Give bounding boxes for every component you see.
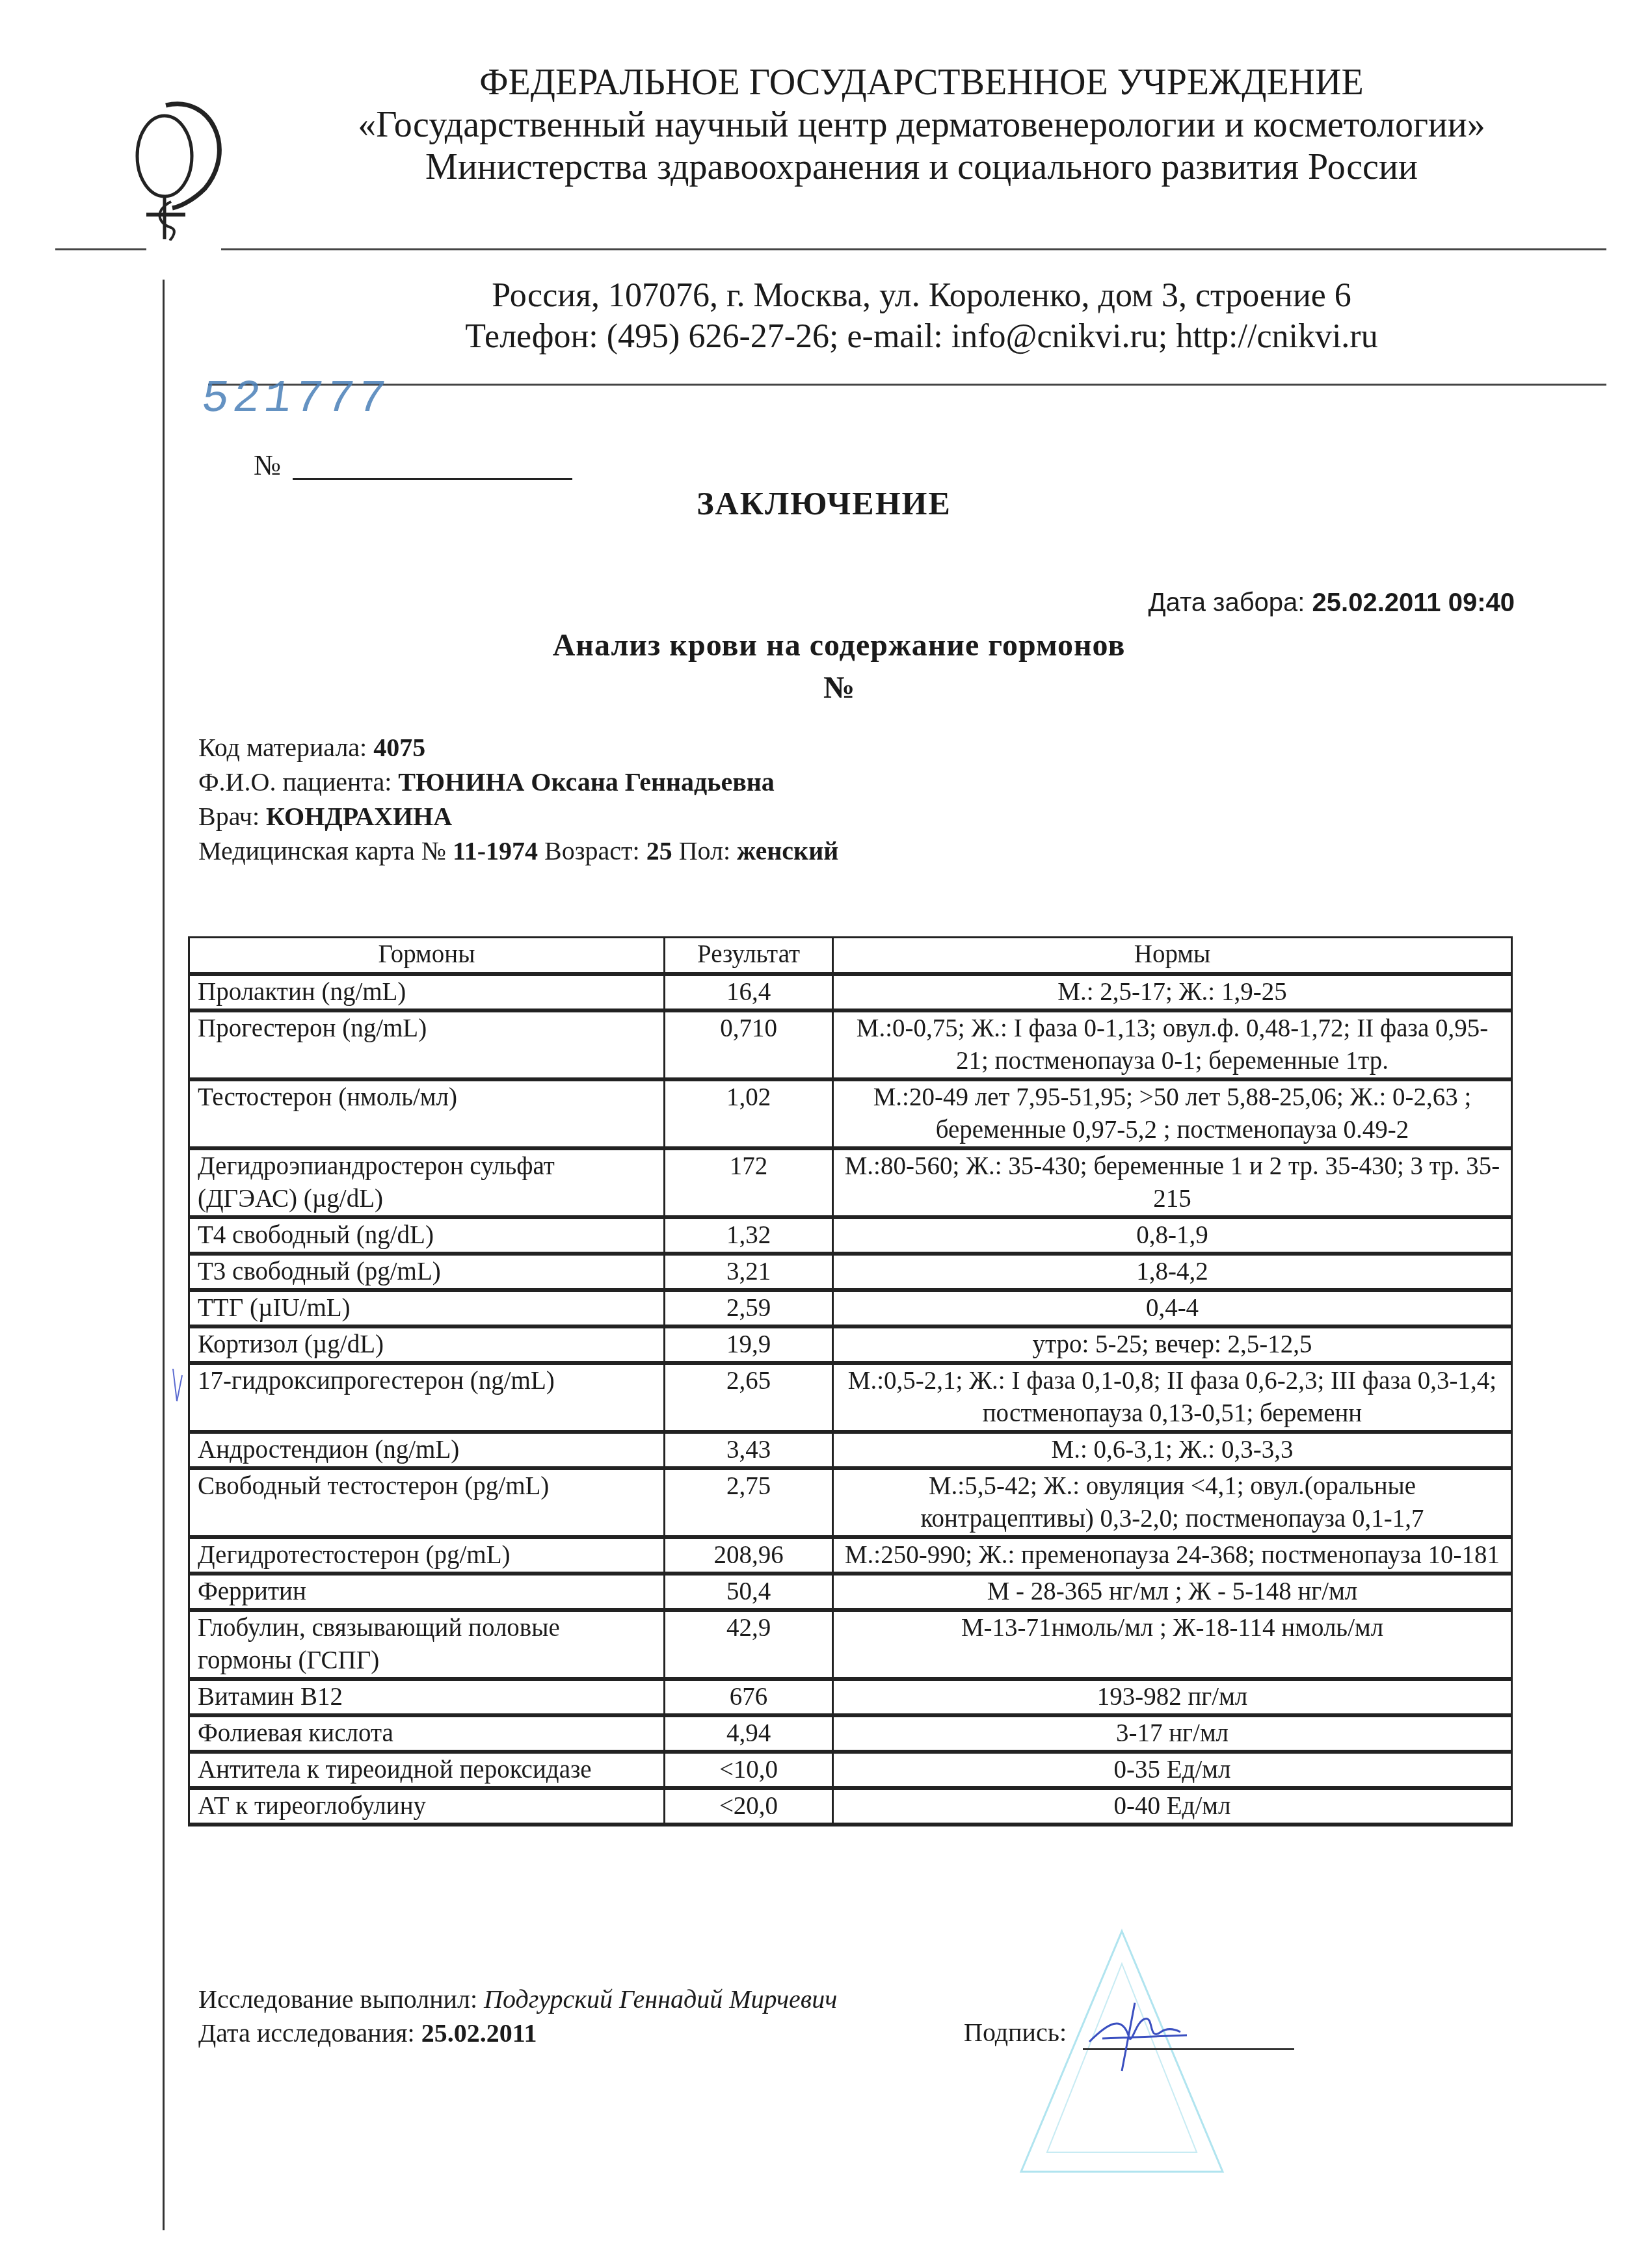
collection-date: Дата забора: 25.02.2011 09:40 bbox=[1148, 588, 1515, 618]
table-row: ТТГ (µIU/mL)2,590,4-4 bbox=[189, 1290, 1512, 1326]
table-row: Свободный тестостерон (pg/mL)2,75М.:5,5-… bbox=[189, 1468, 1512, 1537]
result-value: 172 bbox=[665, 1148, 833, 1217]
address-divider bbox=[208, 384, 1606, 386]
org-name: «Государственный научный центр дерматове… bbox=[98, 104, 1648, 146]
result-value: 208,96 bbox=[665, 1537, 833, 1574]
hormone-name: Фолиевая кислота bbox=[189, 1715, 665, 1752]
hormone-name: Тестостерон (нмоль/мл) bbox=[189, 1079, 665, 1148]
document-title: ЗАКЛЮЧЕНИЕ bbox=[0, 484, 1648, 522]
table-row: АТ к тиреоглобулину<20,00-40 Ед/мл bbox=[189, 1788, 1512, 1825]
collection-date-label: Дата забора: bbox=[1148, 588, 1305, 617]
analysis-title: Анализ крови на содержание гормонов bbox=[0, 627, 1648, 663]
hormone-name: Т3 свободный (pg/mL) bbox=[189, 1254, 665, 1290]
stamp-number: 521777 bbox=[198, 374, 392, 425]
patient-name-value: ТЮНИНА Оксана Геннадьевна bbox=[398, 767, 774, 797]
table-header-row: Гормоны Результат Нормы bbox=[189, 938, 1512, 975]
hormone-name: Витамин В12 bbox=[189, 1679, 665, 1715]
table-row: Т4 свободный (ng/dL)1,320,8-1,9 bbox=[189, 1217, 1512, 1254]
card-age-sex: Медицинская карта № 11-1974 Возраст: 25 … bbox=[198, 835, 838, 867]
result-value: 1,02 bbox=[665, 1079, 833, 1148]
material-code-value: 4075 bbox=[373, 733, 425, 762]
norm-range: М.:5,5-42; Ж.: овуляция <4,1; овул.(орал… bbox=[833, 1468, 1512, 1537]
table-row: Пролактин (ng/mL)16,4М.: 2,5-17; Ж.: 1,9… bbox=[189, 974, 1512, 1010]
table-row: Витамин В12676193-982 пг/мл bbox=[189, 1679, 1512, 1715]
header-hormones: Гормоны bbox=[189, 938, 665, 975]
org-ministry: Министерства здравоохранения и социально… bbox=[98, 146, 1648, 188]
table-body: Пролактин (ng/mL)16,4М.: 2,5-17; Ж.: 1,9… bbox=[189, 974, 1512, 1825]
margin-line bbox=[163, 280, 165, 2230]
result-value: 0,710 bbox=[665, 1010, 833, 1079]
performed-by: Исследование выполнил: Подгурский Геннад… bbox=[198, 1983, 837, 2016]
org-address: Россия, 107076, г. Москва, ул. Короленко… bbox=[98, 276, 1648, 315]
table-row: Ферритин50,4М - 28-365 нг/мл ; Ж - 5-148… bbox=[189, 1574, 1512, 1610]
norm-range: 3-17 нг/мл bbox=[833, 1715, 1512, 1752]
norm-range: М-13-71нмоль/мл ; Ж-18-114 нмоль/мл bbox=[833, 1610, 1512, 1679]
hormone-name: ТТГ (µIU/mL) bbox=[189, 1290, 665, 1326]
header-divider-left bbox=[55, 248, 146, 250]
norm-range: 193-982 пг/мл bbox=[833, 1679, 1512, 1715]
table-row: Андростендион (ng/mL)3,43М.: 0,6-3,1; Ж.… bbox=[189, 1432, 1512, 1468]
result-value: 3,43 bbox=[665, 1432, 833, 1468]
collection-date-value: 25.02.2011 09:40 bbox=[1312, 588, 1515, 617]
doctor: Врач: КОНДРАХИНА bbox=[198, 800, 452, 833]
norm-range: утро: 5-25; вечер: 2,5-12,5 bbox=[833, 1326, 1512, 1363]
hormone-name: Свободный тестостерон (pg/mL) bbox=[189, 1468, 665, 1537]
table-row: 17-гидроксипрогестерон (ng/mL)2,65М.:0,5… bbox=[189, 1363, 1512, 1432]
check-mark-icon bbox=[170, 1365, 185, 1404]
norm-range: М.:250-990; Ж.: пременопауза 24-368; пос… bbox=[833, 1537, 1512, 1574]
result-value: 2,65 bbox=[665, 1363, 833, 1432]
norm-range: 0-40 Ед/мл bbox=[833, 1788, 1512, 1825]
hormone-results-table: Гормоны Результат Нормы Пролактин (ng/mL… bbox=[188, 936, 1513, 1826]
table-row: Дегидроэпиандростерон сульфат (ДГЭАС) (µ… bbox=[189, 1148, 1512, 1217]
header-divider-right bbox=[221, 248, 1606, 250]
result-value: 16,4 bbox=[665, 974, 833, 1010]
hormone-name: Глобулин, связывающий половые гормоны (Г… bbox=[189, 1610, 665, 1679]
number-blank-line bbox=[293, 478, 572, 480]
hormone-name: Т4 свободный (ng/dL) bbox=[189, 1217, 665, 1254]
hormone-name: АТ к тиреоглобулину bbox=[189, 1788, 665, 1825]
table-row: Т3 свободный (pg/mL)3,211,8-4,2 bbox=[189, 1254, 1512, 1290]
result-value: 1,32 bbox=[665, 1217, 833, 1254]
hormone-name: 17-гидроксипрогестерон (ng/mL) bbox=[189, 1363, 665, 1432]
norm-range: 0,8-1,9 bbox=[833, 1217, 1512, 1254]
hormone-name: Дегидроэпиандростерон сульфат (ДГЭАС) (µ… bbox=[189, 1148, 665, 1217]
norm-range: М.:20-49 лет 7,95-51,95; >50 лет 5,88-25… bbox=[833, 1079, 1512, 1148]
result-value: 676 bbox=[665, 1679, 833, 1715]
table-row: Дегидротестостерон (pg/mL)208,96М.:250-9… bbox=[189, 1537, 1512, 1574]
material-code: Код материала: 4075 bbox=[198, 732, 425, 764]
result-value: 50,4 bbox=[665, 1574, 833, 1610]
result-value: <20,0 bbox=[665, 1788, 833, 1825]
result-value: 3,21 bbox=[665, 1254, 833, 1290]
norm-range: 0,4-4 bbox=[833, 1290, 1512, 1326]
hormone-name: Антитела к тиреоидной пероксидазе bbox=[189, 1752, 665, 1788]
norm-range: М.:0,5-2,1; Ж.: I фаза 0,1-0,8; II фаза … bbox=[833, 1363, 1512, 1432]
org-type: ФЕДЕРАЛЬНОЕ ГОСУДАРСТВЕННОЕ УЧРЕЖДЕНИЕ bbox=[98, 62, 1648, 103]
hormone-name: Кортизол (µg/dL) bbox=[189, 1326, 665, 1363]
hormone-name: Андростендион (ng/mL) bbox=[189, 1432, 665, 1468]
signature-icon bbox=[1083, 1996, 1200, 2074]
signature-label: Подпись: bbox=[964, 2017, 1067, 2048]
norm-range: 1,8-4,2 bbox=[833, 1254, 1512, 1290]
norm-range: М.: 0,6-3,1; Ж.: 0,3-3,3 bbox=[833, 1432, 1512, 1468]
performed-by-value: Подгурский Геннадий Мирчевич bbox=[484, 1984, 837, 2014]
table-row: Тестостерон (нмоль/мл)1,02М.:20-49 лет 7… bbox=[189, 1079, 1512, 1148]
result-value: 19,9 bbox=[665, 1326, 833, 1363]
patient-name: Ф.И.О. пациента: ТЮНИНА Оксана Геннадьев… bbox=[198, 766, 775, 798]
hormone-name: Ферритин bbox=[189, 1574, 665, 1610]
study-date: Дата исследования: 25.02.2011 bbox=[198, 2017, 537, 2050]
hormone-name: Прогестерон (ng/mL) bbox=[189, 1010, 665, 1079]
norm-range: М.:80-560; Ж.: 35-430; беременные 1 и 2 … bbox=[833, 1148, 1512, 1217]
study-date-value: 25.02.2011 bbox=[421, 2018, 537, 2048]
table-row: Прогестерон (ng/mL)0,710М.:0-0,75; Ж.: I… bbox=[189, 1010, 1512, 1079]
header-result: Результат bbox=[665, 938, 833, 975]
doctor-value: КОНДРАХИНА bbox=[266, 802, 452, 831]
norm-range: М - 28-365 нг/мл ; Ж - 5-148 нг/мл bbox=[833, 1574, 1512, 1610]
result-value: 4,94 bbox=[665, 1715, 833, 1752]
hormone-name: Пролактин (ng/mL) bbox=[189, 974, 665, 1010]
header-norms: Нормы bbox=[833, 938, 1512, 975]
sex-value: женский bbox=[737, 836, 838, 865]
age-value: 25 bbox=[646, 836, 672, 865]
norm-range: М.:0-0,75; Ж.: I фаза 0-1,13; овул.ф. 0,… bbox=[833, 1010, 1512, 1079]
number-label: № bbox=[254, 449, 281, 482]
result-value: <10,0 bbox=[665, 1752, 833, 1788]
norm-range: М.: 2,5-17; Ж.: 1,9-25 bbox=[833, 974, 1512, 1010]
norm-range: 0-35 Ед/мл bbox=[833, 1752, 1512, 1788]
table-row: Антитела к тиреоидной пероксидазе<10,00-… bbox=[189, 1752, 1512, 1788]
analysis-number: № bbox=[0, 670, 1648, 705]
table-row: Глобулин, связывающий половые гормоны (Г… bbox=[189, 1610, 1512, 1679]
table-row: Кортизол (µg/dL)19,9утро: 5-25; вечер: 2… bbox=[189, 1326, 1512, 1363]
result-value: 2,59 bbox=[665, 1290, 833, 1326]
result-value: 2,75 bbox=[665, 1468, 833, 1537]
card-value: 11-1974 bbox=[453, 836, 538, 865]
result-value: 42,9 bbox=[665, 1610, 833, 1679]
table-row: Фолиевая кислота4,943-17 нг/мл bbox=[189, 1715, 1512, 1752]
org-contacts: Телефон: (495) 626-27-26; e-mail: info@c… bbox=[98, 317, 1648, 356]
hormone-name: Дегидротестостерон (pg/mL) bbox=[189, 1537, 665, 1574]
